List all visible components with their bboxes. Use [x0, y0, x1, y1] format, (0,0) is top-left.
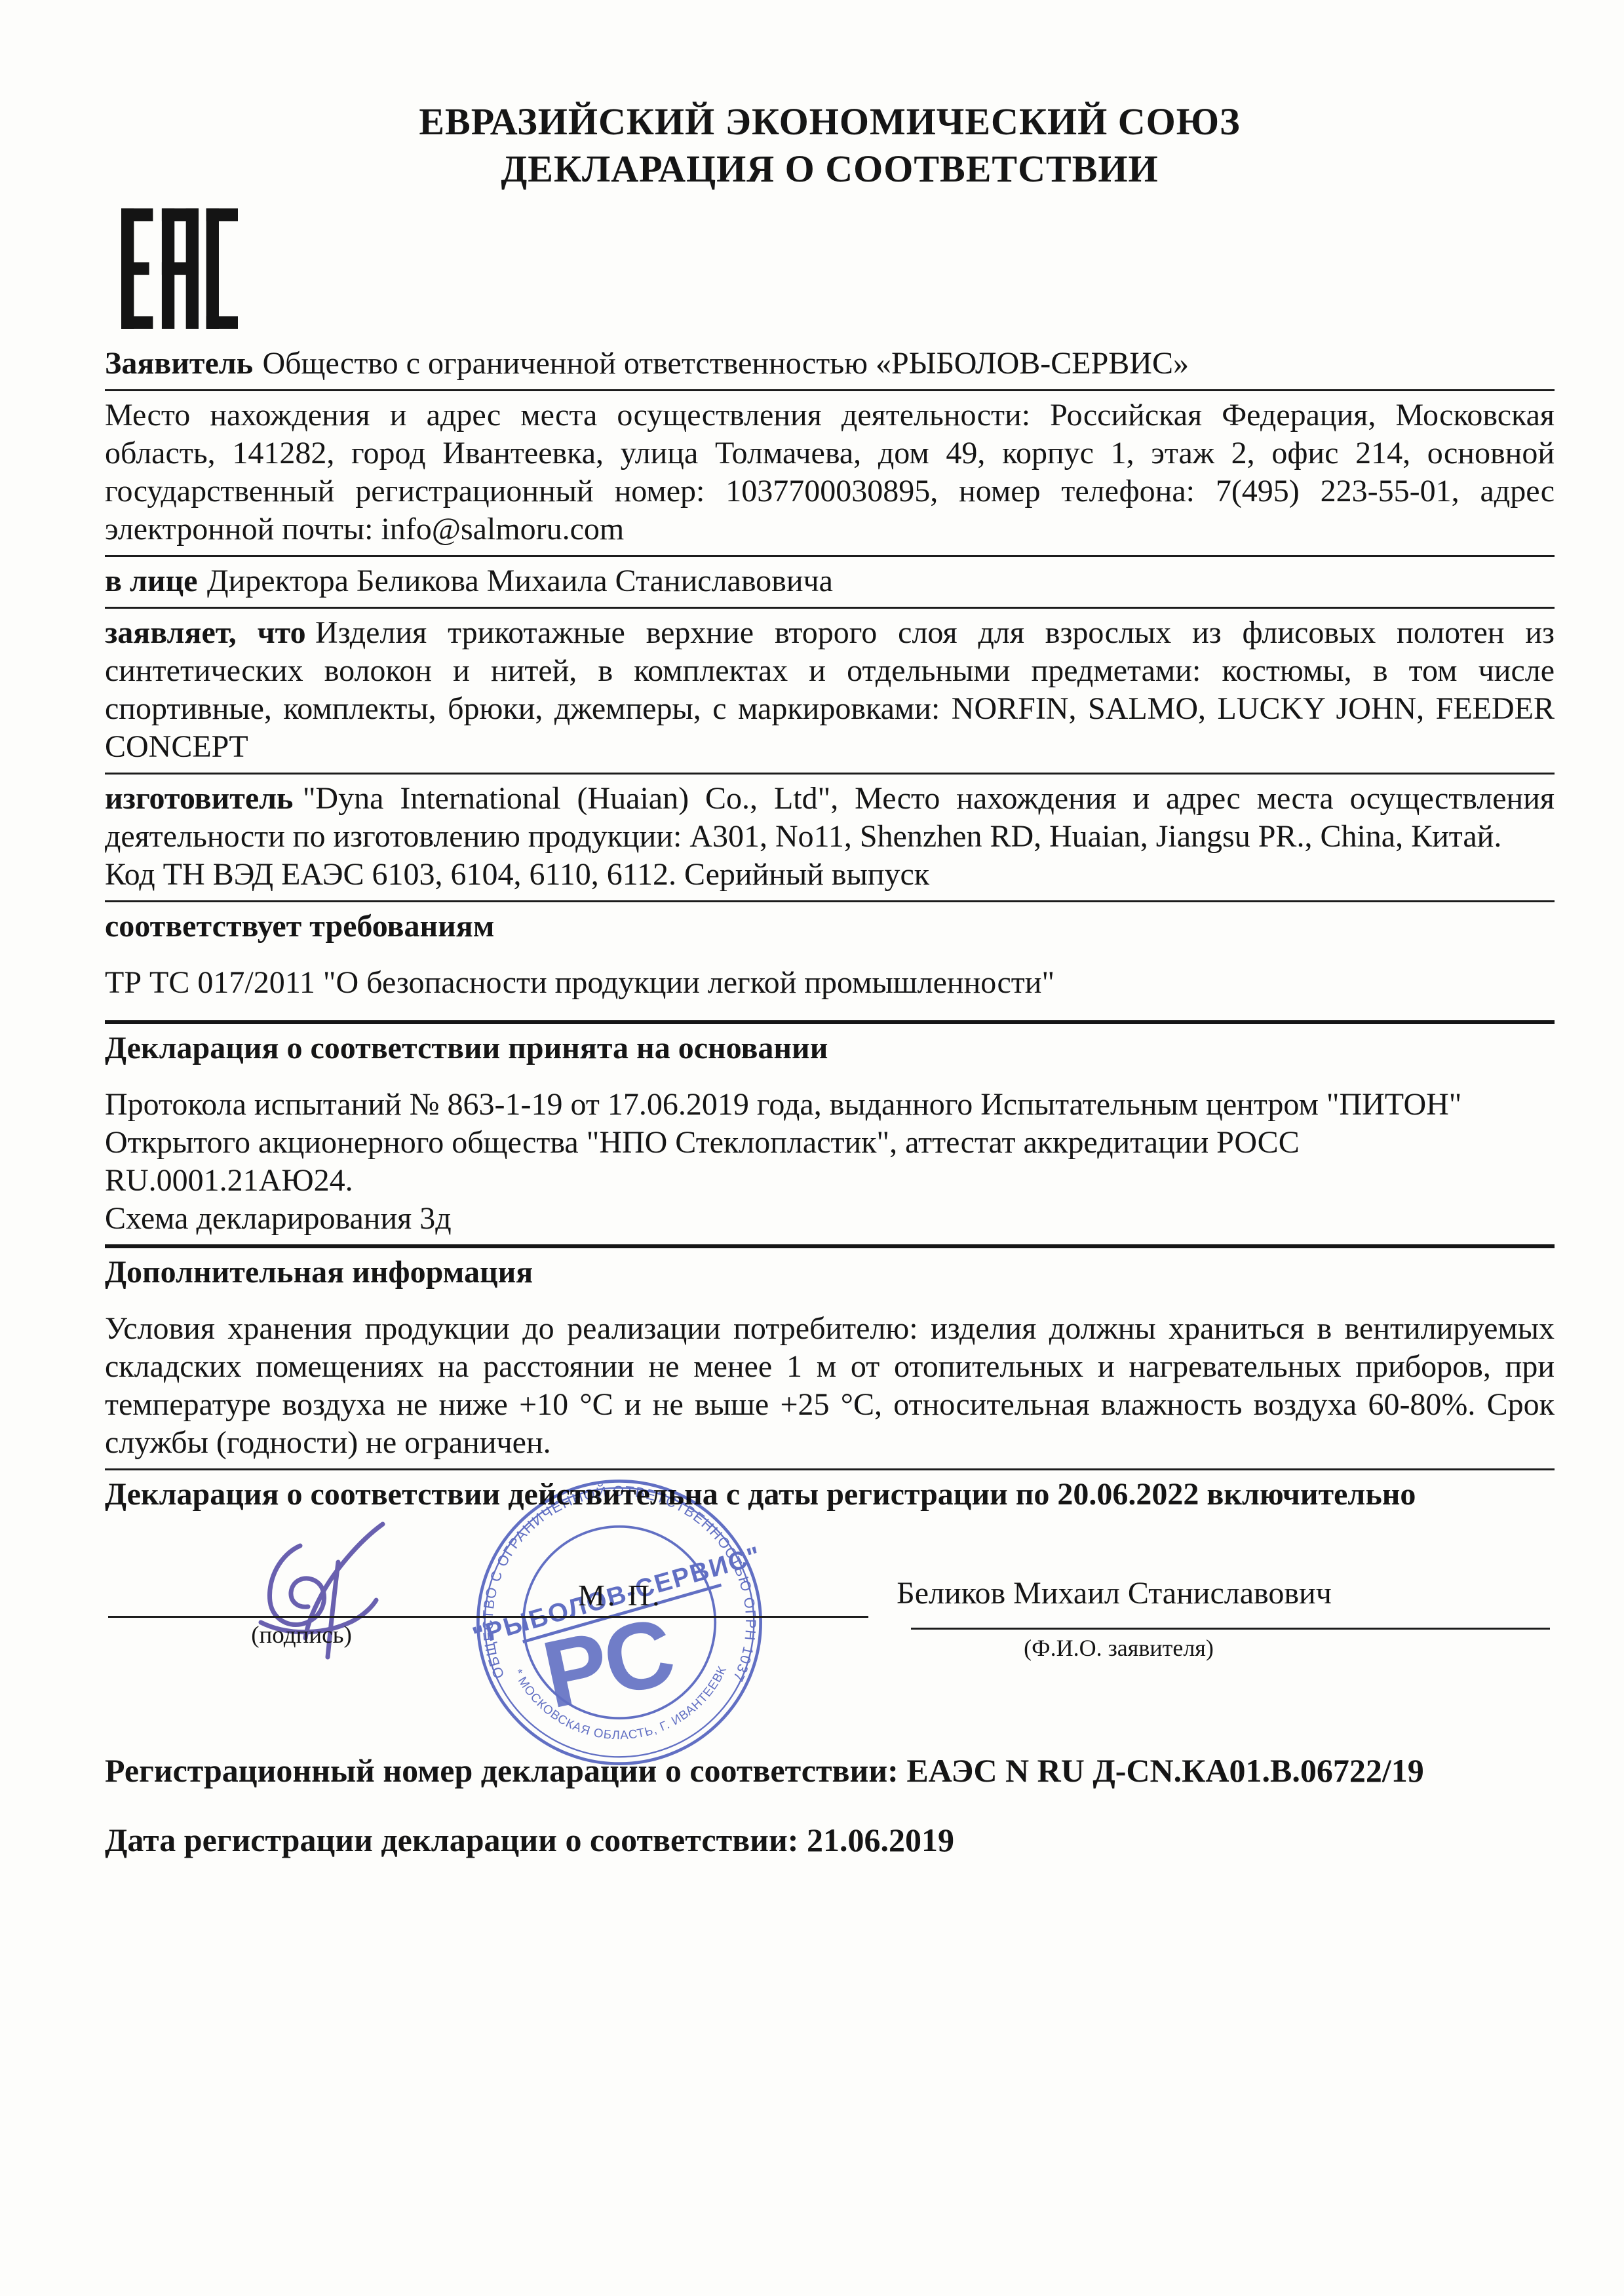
registration-number-value: ЕАЭС N RU Д-CN.КА01.В.06722/19	[906, 1752, 1423, 1789]
fio-line	[911, 1628, 1550, 1630]
divider	[105, 1468, 1555, 1470]
complies-regulation: ТР ТС 017/2011 "О безопасности продукции…	[105, 964, 1555, 1002]
applicant-row: ЗаявительОбщество с ограниченной ответст…	[105, 345, 1555, 383]
declaration-scheme: Схема декларирования 3д	[105, 1200, 1555, 1238]
in-person-value: Директора Беликова Михаила Станиславович…	[207, 564, 833, 598]
declaration-document: ЕВРАЗИЙСКИЙ ЭКОНОМИЧЕСКИЙ СОЮЗ ДЕКЛАРАЦИ…	[0, 0, 1624, 2296]
divider-thick	[105, 1020, 1555, 1024]
applicant-address: Место нахождения и адрес места осуществл…	[105, 396, 1555, 548]
tnved-code-row: Код ТН ВЭД ЕАЭС 6103, 6104, 6110, 6112. …	[105, 856, 1555, 894]
manufacturer-label: изготовитель	[105, 781, 293, 816]
basis-protocol: Протокола испытаний № 863-1-19 от 17.06.…	[105, 1086, 1555, 1200]
additional-info-label: Дополнительная информация	[105, 1253, 1555, 1291]
divider	[105, 607, 1555, 609]
company-stamp: ОБЩЕСТВО С ОГРАНИЧЕННОЙ ОТВЕТСТВЕННОСТЬЮ…	[472, 1475, 767, 1770]
divider	[105, 555, 1555, 557]
registration-date-value: 21.06.2019	[807, 1822, 954, 1858]
signature-caption: (подпись)	[223, 1621, 380, 1649]
registration-number-row: Регистрационный номер декларации о соотв…	[105, 1751, 1555, 1790]
document-title-union: ЕВРАЗИЙСКИЙ ЭКОНОМИЧЕСКИЙ СОЮЗ	[105, 98, 1555, 145]
validity-statement: Декларация о соответствии действительна …	[105, 1476, 1555, 1514]
basis-label: Декларация о соответствии принята на осн…	[105, 1029, 1555, 1067]
declares-paragraph: заявляет, чтоИзделия трикотажные верхние…	[105, 614, 1555, 766]
in-person-label: в лице	[105, 564, 197, 598]
in-person-row: в лицеДиректора Беликова Михаила Станисл…	[105, 562, 1555, 600]
registration-date-row: Дата регистрации декларации о соответств…	[105, 1820, 1555, 1860]
document-content: ЕВРАЗИЙСКИЙ ЭКОНОМИЧЕСКИЙ СОЮЗ ДЕКЛАРАЦИ…	[105, 98, 1555, 1860]
manufacturer-value: "Dyna International (Huaian) Co., Ltd", …	[105, 781, 1555, 854]
declares-value: Изделия трикотажные верхние второго слоя…	[105, 615, 1555, 764]
signature-area: ОБЩЕСТВО С ОГРАНИЧЕННОЙ ОТВЕТСТВЕННОСТЬЮ…	[105, 1518, 1555, 1734]
manufacturer-paragraph: изготовитель"Dyna International (Huaian)…	[105, 780, 1555, 856]
eac-logo-icon	[121, 206, 1555, 332]
seal-place-mark: М. П.	[578, 1578, 663, 1613]
declares-label: заявляет, что	[105, 615, 306, 650]
applicant-fio: Беликов Михаил Станиславович	[678, 1575, 1550, 1611]
divider	[105, 900, 1555, 902]
registration-date-label: Дата регистрации декларации о соответств…	[105, 1822, 798, 1858]
storage-conditions: Условия хранения продукции до реализации…	[105, 1310, 1555, 1462]
divider	[105, 773, 1555, 775]
applicant-value: Общество с ограниченной ответственностью…	[262, 346, 1189, 381]
applicant-label: Заявитель	[105, 346, 253, 381]
signature-line	[108, 1616, 868, 1618]
document-title-declaration: ДЕКЛАРАЦИЯ О СООТВЕТСТВИИ	[105, 145, 1555, 193]
divider-thick	[105, 1244, 1555, 1248]
divider	[105, 389, 1555, 391]
complies-label: соответствует требованиям	[105, 908, 1555, 946]
fio-caption: (Ф.И.О. заявителя)	[906, 1634, 1332, 1662]
